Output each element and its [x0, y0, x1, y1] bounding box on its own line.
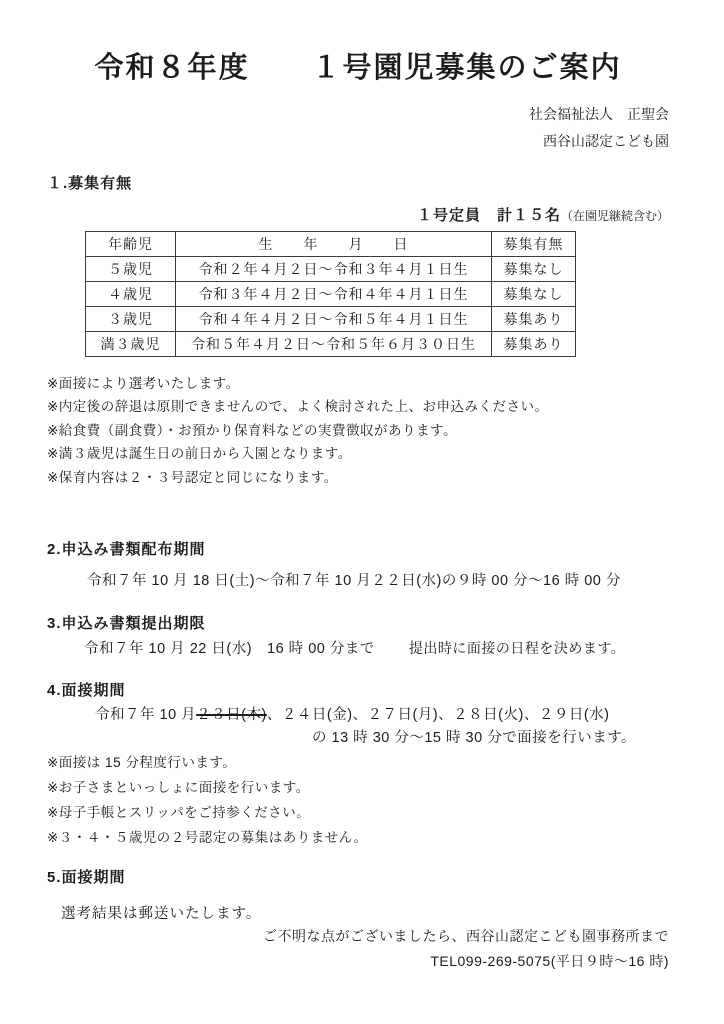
- section3-body: 令和７年 10 月 22 日(水) 16 時 00 分まで提出時に面接の日程を決…: [47, 637, 669, 658]
- page-title: 令和８年度 １号園児募集のご案内: [47, 48, 669, 89]
- table-row: ３歳児 令和４年４月２日～令和５年４月１日生 募集あり: [86, 306, 576, 331]
- note-line: ※満３歳児は誕生日の前日から入園となります。: [47, 442, 669, 466]
- document-content: 令和８年度 １号園児募集のご案内 社会福祉法人 正聖会 西谷山認定こども園 １.…: [0, 0, 724, 974]
- cell-birthdate: 令和２年４月２日～令和３年４月１日生: [176, 256, 492, 281]
- organization-block: 社会福祉法人 正聖会 西谷山認定こども園: [47, 101, 669, 155]
- recruitment-table: 年齢児 生 年 月 日 募集有無 ５歳児 令和２年４月２日～令和３年４月１日生 …: [85, 231, 576, 357]
- header-age: 年齢児: [86, 231, 176, 256]
- footer-contact-line: ご不明な点がございましたら、西谷山認定こども園事務所まで: [47, 924, 669, 949]
- cell-birthdate: 令和５年４月２日～令和５年６月３０日生: [176, 331, 492, 356]
- section5-heading: 5.面接期間: [47, 866, 669, 887]
- section3-note: 提出時に面接の日程を決めます。: [409, 638, 625, 658]
- section5-body: 選考結果は郵送いたします。: [47, 902, 669, 923]
- facility-name: 西谷山認定こども園: [47, 128, 669, 155]
- table-row: ５歳児 令和２年４月２日～令和３年４月１日生 募集なし: [86, 256, 576, 281]
- note-line: ※面接により選考いたします。: [47, 372, 669, 396]
- section2-heading: 2.申込み書類配布期間: [47, 538, 669, 559]
- section1-notes: ※面接により選考いたします。 ※内定後の辞退は原則できませんので、よく検討された…: [47, 372, 669, 490]
- interview-date-list: 、２４日(金)、２７日(月)、２８日(火)、２９日(水): [267, 707, 610, 723]
- cell-age: ５歳児: [86, 256, 176, 281]
- cell-age: 満３歳児: [86, 331, 176, 356]
- note-line: ※お子さまといっしょに面接を行います。: [47, 775, 669, 800]
- table-row: ４歳児 令和３年４月２日～令和４年４月１日生 募集なし: [86, 281, 576, 306]
- table-row: 満３歳児 令和５年４月２日～令和５年６月３０日生 募集あり: [86, 331, 576, 356]
- section3-heading: 3.申込み書類提出期限: [47, 612, 669, 633]
- organization-name: 社会福祉法人 正聖会: [47, 101, 669, 128]
- document-page: 令和８年度 １号園児募集のご案内 社会福祉法人 正聖会 西谷山認定こども園 １.…: [0, 0, 724, 1024]
- footer-phone: TEL099-269-5075(平日９時～16 時): [47, 949, 669, 974]
- cell-birthdate: 令和３年４月２日～令和４年４月１日生: [176, 281, 492, 306]
- note-line: ※内定後の辞退は原則できませんので、よく検討された上、お申込みください。: [47, 395, 669, 419]
- cell-age: ３歳児: [86, 306, 176, 331]
- cell-birthdate: 令和４年４月２日～令和５年４月１日生: [176, 306, 492, 331]
- header-birthdate: 生 年 月 日: [176, 231, 492, 256]
- section4-notes: ※面接は 15 分程度行います。 ※お子さまといっしょに面接を行います。 ※母子…: [47, 750, 669, 850]
- capacity-main: １号定員 計１５名: [417, 207, 561, 224]
- section4-time: の 13 時 30 分～15 時 30 分で面接を行います。: [47, 726, 669, 747]
- cell-status: 募集あり: [492, 306, 576, 331]
- header-status: 募集有無: [492, 231, 576, 256]
- note-line: ※給食費（副食費）・お預かり保育料などの実費徴収があります。: [47, 419, 669, 443]
- section2-body: 令和７年 10 月 18 日(土)～令和７年 10 月２２日(水)の９時 00 …: [47, 569, 669, 590]
- interview-date-prefix: 令和７年 10 月: [95, 707, 196, 723]
- cell-status: 募集なし: [492, 256, 576, 281]
- section3-deadline: 令和７年 10 月 22 日(水) 16 時 00 分まで: [84, 641, 375, 657]
- note-line: ※母子手帳とスリッパをご持参ください。: [47, 800, 669, 825]
- interview-date-cancelled: ２３日(木): [196, 707, 267, 723]
- cell-age: ４歳児: [86, 281, 176, 306]
- cell-status: 募集なし: [492, 281, 576, 306]
- capacity-note: （在園児継続含む）: [561, 209, 669, 223]
- note-line: ※面接は 15 分程度行います。: [47, 750, 669, 775]
- section4-heading: 4.面接期間: [47, 679, 669, 700]
- footer-contact: ご不明な点がございましたら、西谷山認定こども園事務所まで TEL099-269-…: [47, 924, 669, 974]
- cell-status: 募集あり: [492, 331, 576, 356]
- section4-dates: 令和７年 10 月２３日(木)、２４日(金)、２７日(月)、２８日(火)、２９日…: [47, 703, 669, 724]
- note-line: ※３・４・５歳児の２号認定の募集はありません。: [47, 825, 669, 850]
- table-header-row: 年齢児 生 年 月 日 募集有無: [86, 231, 576, 256]
- section1-heading: １.募集有無: [47, 172, 669, 193]
- capacity-line: １号定員 計１５名（在園児継続含む）: [47, 204, 669, 225]
- note-line: ※保育内容は２・３号認定と同じになります。: [47, 466, 669, 490]
